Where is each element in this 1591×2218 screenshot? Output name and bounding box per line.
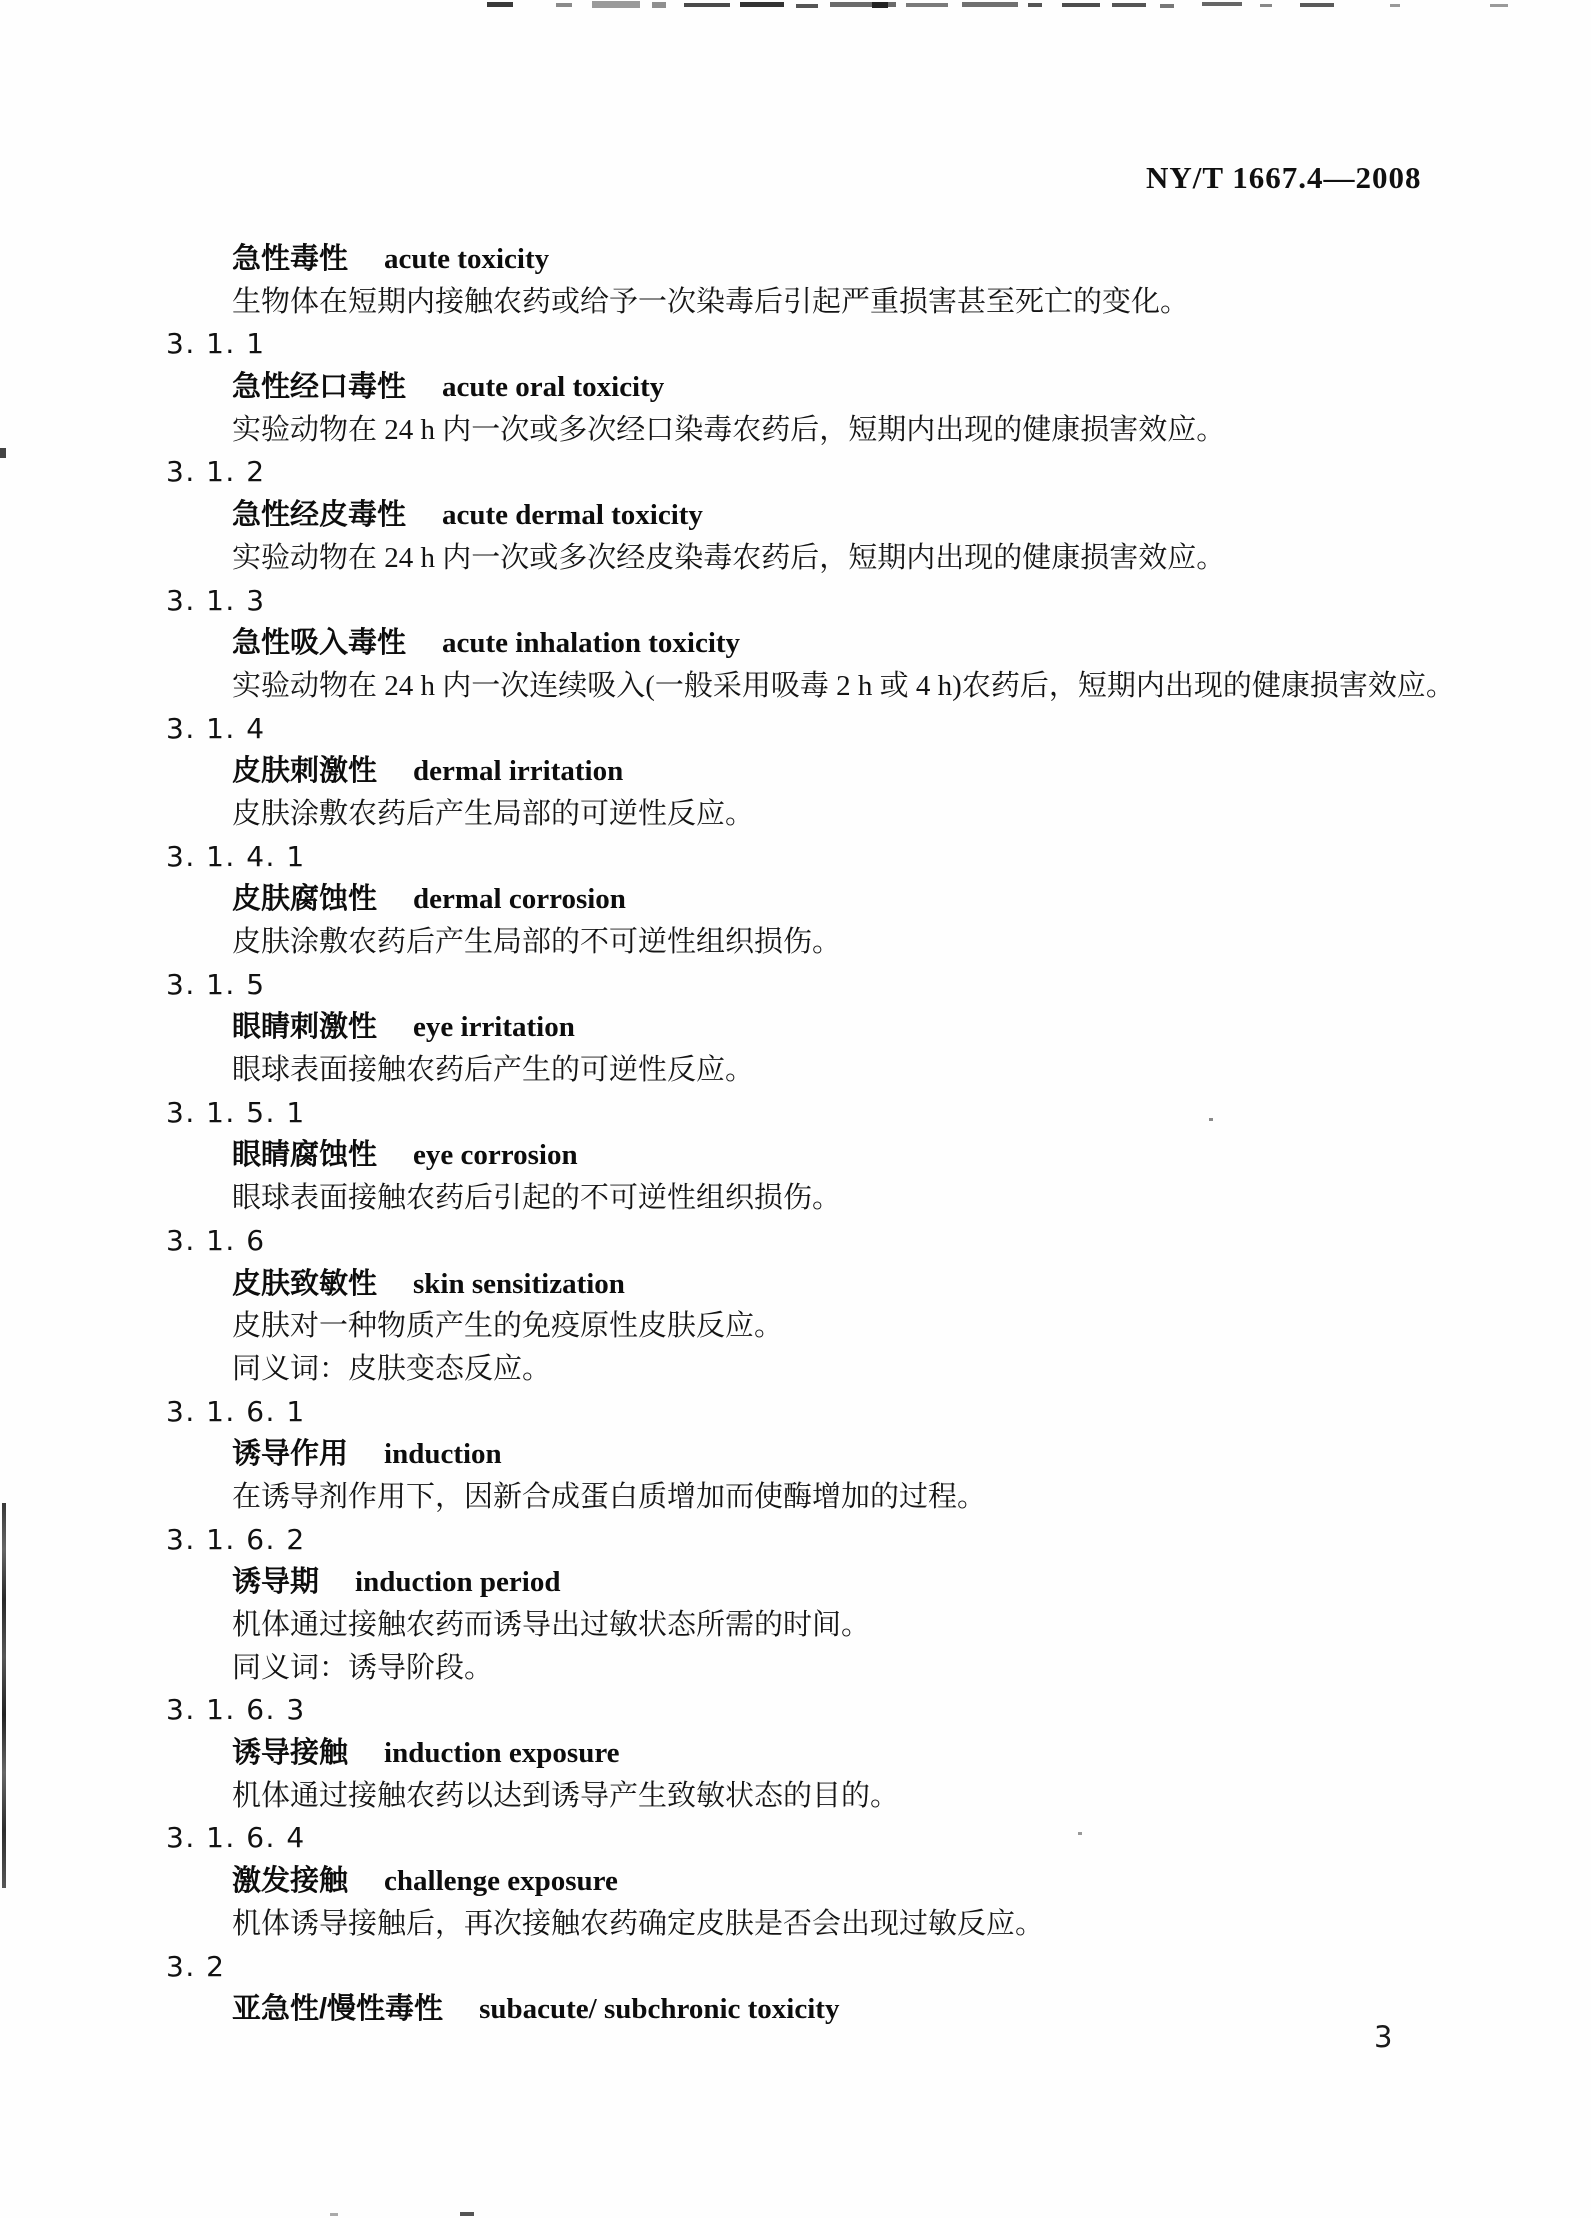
- term-line: 诱导期 induction period: [0, 1561, 1591, 1604]
- section-number: 3. 1. 1: [0, 323, 1591, 366]
- section-number: 3. 1. 5: [0, 964, 1591, 1007]
- term-en: acute toxicity: [384, 243, 549, 275]
- term-entry: 3. 1. 6 皮肤致敏性 skin sensitization 皮肤对一种物质…: [0, 1220, 1591, 1391]
- section-number: 3. 1. 4. 1: [0, 836, 1591, 879]
- term-zh: 诱导接触: [232, 1737, 348, 1769]
- term-zh: 眼睛腐蚀性: [232, 1139, 377, 1171]
- definition-line: 机体诱导接触后，再次接触农药确定皮肤是否会出现过敏反应。: [0, 1903, 1591, 1946]
- term-en: induction period: [355, 1566, 560, 1598]
- definition-line: 同义词：诱导阶段。: [0, 1647, 1591, 1690]
- term-en: eye corrosion: [413, 1139, 578, 1171]
- term-zh: 急性经口毒性: [232, 371, 406, 403]
- term-en: acute oral toxicity: [442, 371, 664, 403]
- terms-list: 急性毒性 acute toxicity 生物体在短期内接触农药或给予一次染毒后引…: [0, 238, 1591, 2031]
- term-en: skin sensitization: [413, 1268, 625, 1300]
- definition-line: 实验动物在 24 h 内一次或多次经皮染毒农药后，短期内出现的健康损害效应。: [0, 537, 1591, 580]
- term-line: 皮肤刺激性 dermal irritation: [0, 750, 1591, 793]
- term-en: induction exposure: [384, 1737, 620, 1769]
- section-number: 3. 1. 6. 4: [0, 1817, 1591, 1860]
- section-number: 3. 1. 5. 1: [0, 1092, 1591, 1135]
- term-en: subacute/ subchronic toxicity: [479, 1993, 839, 2025]
- section-number: 3. 1. 4: [0, 708, 1591, 751]
- section-number: 3. 1. 2: [0, 451, 1591, 494]
- section-number: 3. 2: [0, 1946, 1591, 1989]
- term-line: 皮肤腐蚀性 dermal corrosion: [0, 878, 1591, 921]
- definition-line: 皮肤涂敷农药后产生局部的可逆性反应。: [0, 793, 1591, 836]
- term-line: 眼睛刺激性 eye irritation: [0, 1006, 1591, 1049]
- definition-line: 同义词：皮肤变态反应。: [0, 1348, 1591, 1391]
- definition-line: 眼球表面接触农药后产生的可逆性反应。: [0, 1049, 1591, 1092]
- definition-line: 机体通过接触农药而诱导出过敏状态所需的时间。: [0, 1604, 1591, 1647]
- term-zh: 亚急性/慢性毒性: [232, 1993, 443, 2025]
- section-number: 3. 1. 6. 1: [0, 1391, 1591, 1434]
- term-zh: 急性吸入毒性: [232, 627, 406, 659]
- term-zh: 激发接触: [232, 1865, 348, 1897]
- term-entry: 3. 1. 2 急性经皮毒性 acute dermal toxicity 实验动…: [0, 451, 1591, 579]
- term-zh: 急性经皮毒性: [232, 499, 406, 531]
- term-entry: 3. 1. 6. 1 诱导作用 induction 在诱导剂作用下，因新合成蛋白…: [0, 1391, 1591, 1519]
- section-number: 3. 1. 6. 2: [0, 1519, 1591, 1562]
- term-entry: 急性毒性 acute toxicity 生物体在短期内接触农药或给予一次染毒后引…: [0, 238, 1591, 323]
- term-line: 亚急性/慢性毒性 subacute/ subchronic toxicity: [0, 1988, 1591, 2031]
- definition-line: 机体通过接触农药以达到诱导产生致敏状态的目的。: [0, 1775, 1591, 1818]
- term-zh: 皮肤刺激性: [232, 755, 377, 787]
- definition-line: 生物体在短期内接触农药或给予一次染毒后引起严重损害甚至死亡的变化。: [0, 281, 1591, 324]
- term-line: 诱导接触 induction exposure: [0, 1732, 1591, 1775]
- term-line: 眼睛腐蚀性 eye corrosion: [0, 1134, 1591, 1177]
- term-line: 皮肤致敏性 skin sensitization: [0, 1263, 1591, 1306]
- term-en: challenge exposure: [384, 1865, 618, 1897]
- term-line: 急性吸入毒性 acute inhalation toxicity: [0, 622, 1591, 665]
- term-entry: 3. 2 亚急性/慢性毒性 subacute/ subchronic toxic…: [0, 1946, 1591, 2031]
- definition-line: 眼球表面接触农药后引起的不可逆性组织损伤。: [0, 1177, 1591, 1220]
- term-line: 急性经口毒性 acute oral toxicity: [0, 366, 1591, 409]
- term-line: 诱导作用 induction: [0, 1433, 1591, 1476]
- definition-line: 皮肤涂敷农药后产生局部的不可逆性组织损伤。: [0, 921, 1591, 964]
- term-zh: 眼睛刺激性: [232, 1011, 377, 1043]
- definition-line: 在诱导剂作用下，因新合成蛋白质增加而使酶增加的过程。: [0, 1476, 1591, 1519]
- standard-code-header: NY/T 1667.4—2008: [1146, 160, 1422, 196]
- term-entry: 3. 1. 4. 1 皮肤腐蚀性 dermal corrosion 皮肤涂敷农药…: [0, 836, 1591, 964]
- term-entry: 3. 1. 4 皮肤刺激性 dermal irritation 皮肤涂敷农药后产…: [0, 708, 1591, 836]
- term-en: dermal corrosion: [413, 883, 626, 915]
- definition-line: 皮肤对一种物质产生的免疫原性皮肤反应。: [0, 1305, 1591, 1348]
- term-en: dermal irritation: [413, 755, 623, 787]
- section-number: 3. 1. 3: [0, 580, 1591, 623]
- term-en: eye irritation: [413, 1011, 575, 1043]
- term-entry: 3. 1. 1 急性经口毒性 acute oral toxicity 实验动物在…: [0, 323, 1591, 451]
- term-zh: 皮肤腐蚀性: [232, 883, 377, 915]
- term-entry: 3. 1. 6. 3 诱导接触 induction exposure 机体通过接…: [0, 1689, 1591, 1817]
- term-entry: 3. 1. 3 急性吸入毒性 acute inhalation toxicity…: [0, 580, 1591, 708]
- term-entry: 3. 1. 5. 1 眼睛腐蚀性 eye corrosion 眼球表面接触农药后…: [0, 1092, 1591, 1220]
- term-entry: 3. 1. 6. 4 激发接触 challenge exposure 机体诱导接…: [0, 1817, 1591, 1945]
- section-number: 3. 1. 6. 3: [0, 1689, 1591, 1732]
- term-entry: 3. 1. 6. 2 诱导期 induction period 机体通过接触农药…: [0, 1519, 1591, 1690]
- definition-line: 实验动物在 24 h 内一次连续吸入(一般采用吸毒 2 h 或 4 h)农药后，…: [0, 665, 1591, 708]
- term-entry: 3. 1. 5 眼睛刺激性 eye irritation 眼球表面接触农药后产生…: [0, 964, 1591, 1092]
- term-line: 急性经皮毒性 acute dermal toxicity: [0, 494, 1591, 537]
- document-page: NY/T 1667.4—2008 急性毒性 acute toxicity 生物体…: [0, 0, 1591, 2218]
- term-en: induction: [384, 1438, 502, 1470]
- term-zh: 诱导期: [232, 1566, 319, 1598]
- term-en: acute dermal toxicity: [442, 499, 703, 531]
- term-en: acute inhalation toxicity: [442, 627, 740, 659]
- term-zh: 诱导作用: [232, 1438, 348, 1470]
- term-zh: 皮肤致敏性: [232, 1268, 377, 1300]
- term-line: 急性毒性 acute toxicity: [0, 238, 1591, 281]
- term-zh: 急性毒性: [232, 243, 348, 275]
- term-line: 激发接触 challenge exposure: [0, 1860, 1591, 1903]
- page-number: 3: [1374, 2020, 1392, 2054]
- definition-line: 实验动物在 24 h 内一次或多次经口染毒农药后，短期内出现的健康损害效应。: [0, 409, 1591, 452]
- section-number: 3. 1. 6: [0, 1220, 1591, 1263]
